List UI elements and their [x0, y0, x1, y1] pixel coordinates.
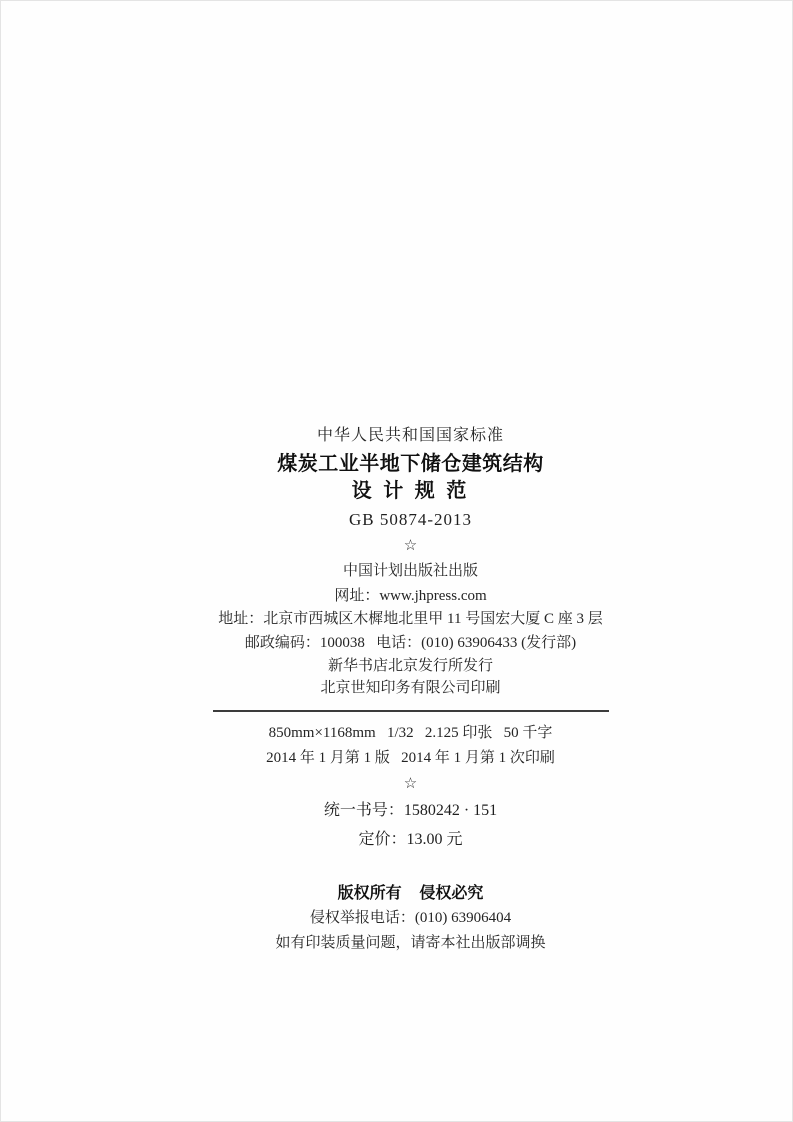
book-title-line1: 煤炭工业半地下储仓建筑结构 [14, 453, 793, 475]
publisher-postal-phone: 邮政编码：100038 电话：(010) 63906433 (发行部) [14, 635, 793, 651]
copyright-notice: 版权所有 侵权必究 [14, 885, 793, 902]
printing-company-line: 北京世知印务有限公司印刷 [14, 680, 793, 696]
section-divider [213, 710, 609, 712]
distribution-line: 新华书店北京发行所发行 [14, 658, 793, 674]
publisher-website: 网址：www.jhpress.com [14, 588, 793, 604]
colophon-page: 中华人民共和国国家标准 煤炭工业半地下储仓建筑结构 设 计 规 范 GB 508… [0, 0, 793, 1122]
national-standard-label: 中华人民共和国国家标准 [14, 427, 793, 445]
star-icon: ☆ [14, 537, 793, 555]
infringement-report-phone: 侵权举报电话：(010) 63906404 [14, 910, 793, 926]
price-line: 定价：13.00 元 [14, 831, 793, 848]
publisher-imprint: 中国计划出版社出版 [14, 563, 793, 579]
star-icon: ☆ [14, 775, 793, 793]
book-title-line2: 设 计 规 范 [14, 481, 793, 502]
print-quality-note: 如有印装质量问题，请寄本社出版部调换 [14, 935, 793, 951]
format-spec-line: 850mm×1168mm 1/32 2.125 印张 50 千字 [14, 725, 793, 741]
colophon-content: 中华人民共和国国家标准 煤炭工业半地下储仓建筑结构 设 计 规 范 GB 508… [14, 427, 793, 951]
edition-line: 2014 年 1 月第 1 版 2014 年 1 月第 1 次印刷 [14, 750, 793, 766]
unified-book-number: 统一书号：1580242 · 151 [14, 802, 793, 819]
publisher-address: 地址：北京市西城区木樨地北里甲 11 号国宏大厦 C 座 3 层 [14, 611, 793, 627]
standard-code: GB 50874-2013 [14, 512, 793, 528]
